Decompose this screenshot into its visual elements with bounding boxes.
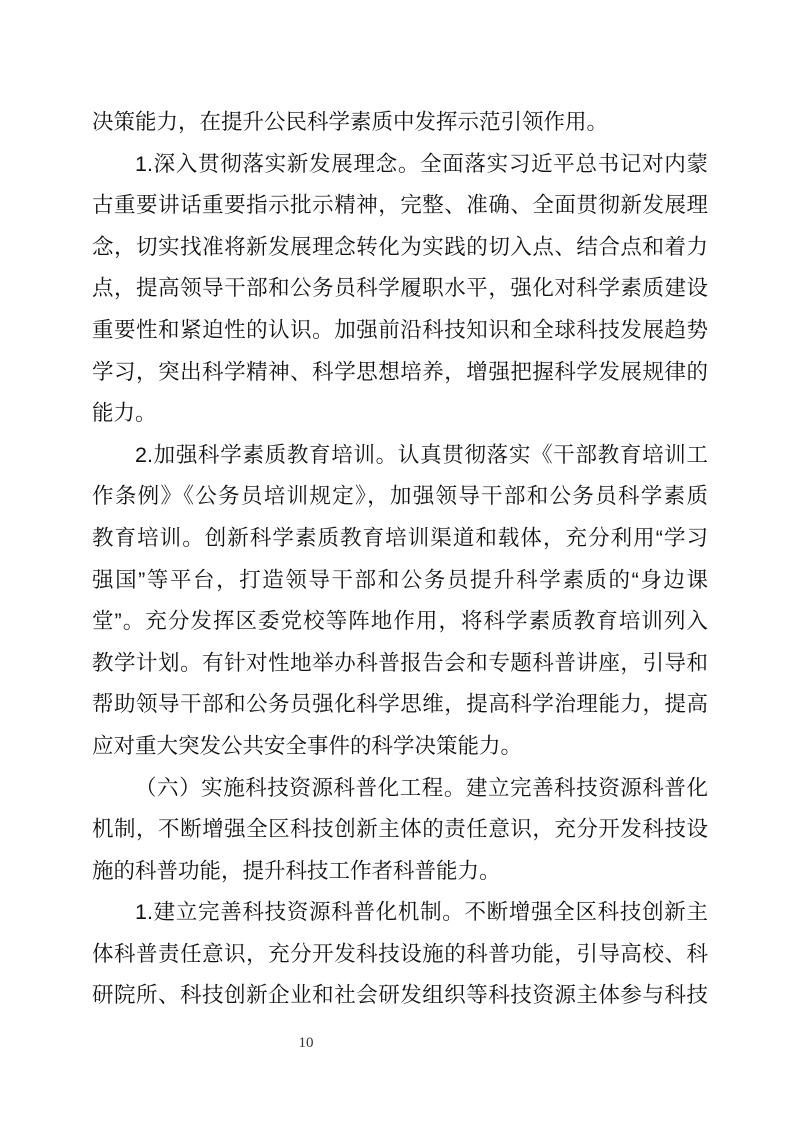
text-line: 能力。 [92,393,708,435]
page-number: 10 [294,1035,318,1052]
body-text: 决策能力，在提升公民科学素质中发挥示范引领作用。 1.深入贯彻落实新发展理念。全… [92,102,708,1017]
text-line: 决策能力，在提升公民科学素质中发挥示范引领作用。 [92,102,708,144]
text-line: 重要性和紧迫性的认识。加强前沿科技知识和全球科技发展趋势 [92,310,708,352]
text-line: 1.深入贯彻落实新发展理念。全面落实习近平总书记对内蒙 [92,144,708,186]
text-line: 点，提高领导干部和公务员科学履职水平，强化对科学素质建设 [92,268,708,310]
text-line: 念，切实找准将新发展理念转化为实践的切入点、结合点和着力 [92,227,708,269]
text-line: 教学计划。有针对性地举办科普报告会和专题科普讲座，引导和 [92,643,708,685]
text-line: 教育培训。创新科学素质教育培训渠道和载体，充分利用“学习 [92,518,708,560]
document-page: 决策能力，在提升公民科学素质中发挥示范引领作用。 1.深入贯彻落实新发展理念。全… [0,0,793,1122]
text-line: 体科普责任意识，充分开发科技设施的科普功能，引导高校、科 [92,934,708,976]
text-line: 研院所、科技创新企业和社会研发组织等科技资源主体参与科技 [92,975,708,1017]
text-line: （六）实施科技资源科普化工程。建立完善科技资源科普化 [92,768,708,810]
text-line: 应对重大突发公共安全事件的科学决策能力。 [92,726,708,768]
text-line: 施的科普功能，提升科技工作者科普能力。 [92,851,708,893]
text-line: 1.建立完善科技资源科普化机制。不断增强全区科技创新主 [92,892,708,934]
text-line: 机制，不断增强全区科技创新主体的责任意识，充分开发科技设 [92,809,708,851]
text-line: 强国”等平台，打造领导干部和公务员提升科学素质的“身边课 [92,560,708,602]
text-line: 古重要讲话重要指示批示精神，完整、准确、全面贯彻新发展理 [92,185,708,227]
text-line: 2.加强科学素质教育培训。认真贯彻落实《干部教育培训工 [92,435,708,477]
text-line: 学习，突出科学精神、科学思想培养，增强把握科学发展规律的 [92,352,708,394]
text-line: 堂”。充分发挥区委党校等阵地作用，将科学素质教育培训列入 [92,601,708,643]
text-line: 帮助领导干部和公务员强化科学思维，提高科学治理能力，提高 [92,684,708,726]
text-line: 作条例》《公务员培训规定》，加强领导干部和公务员科学素质 [92,476,708,518]
